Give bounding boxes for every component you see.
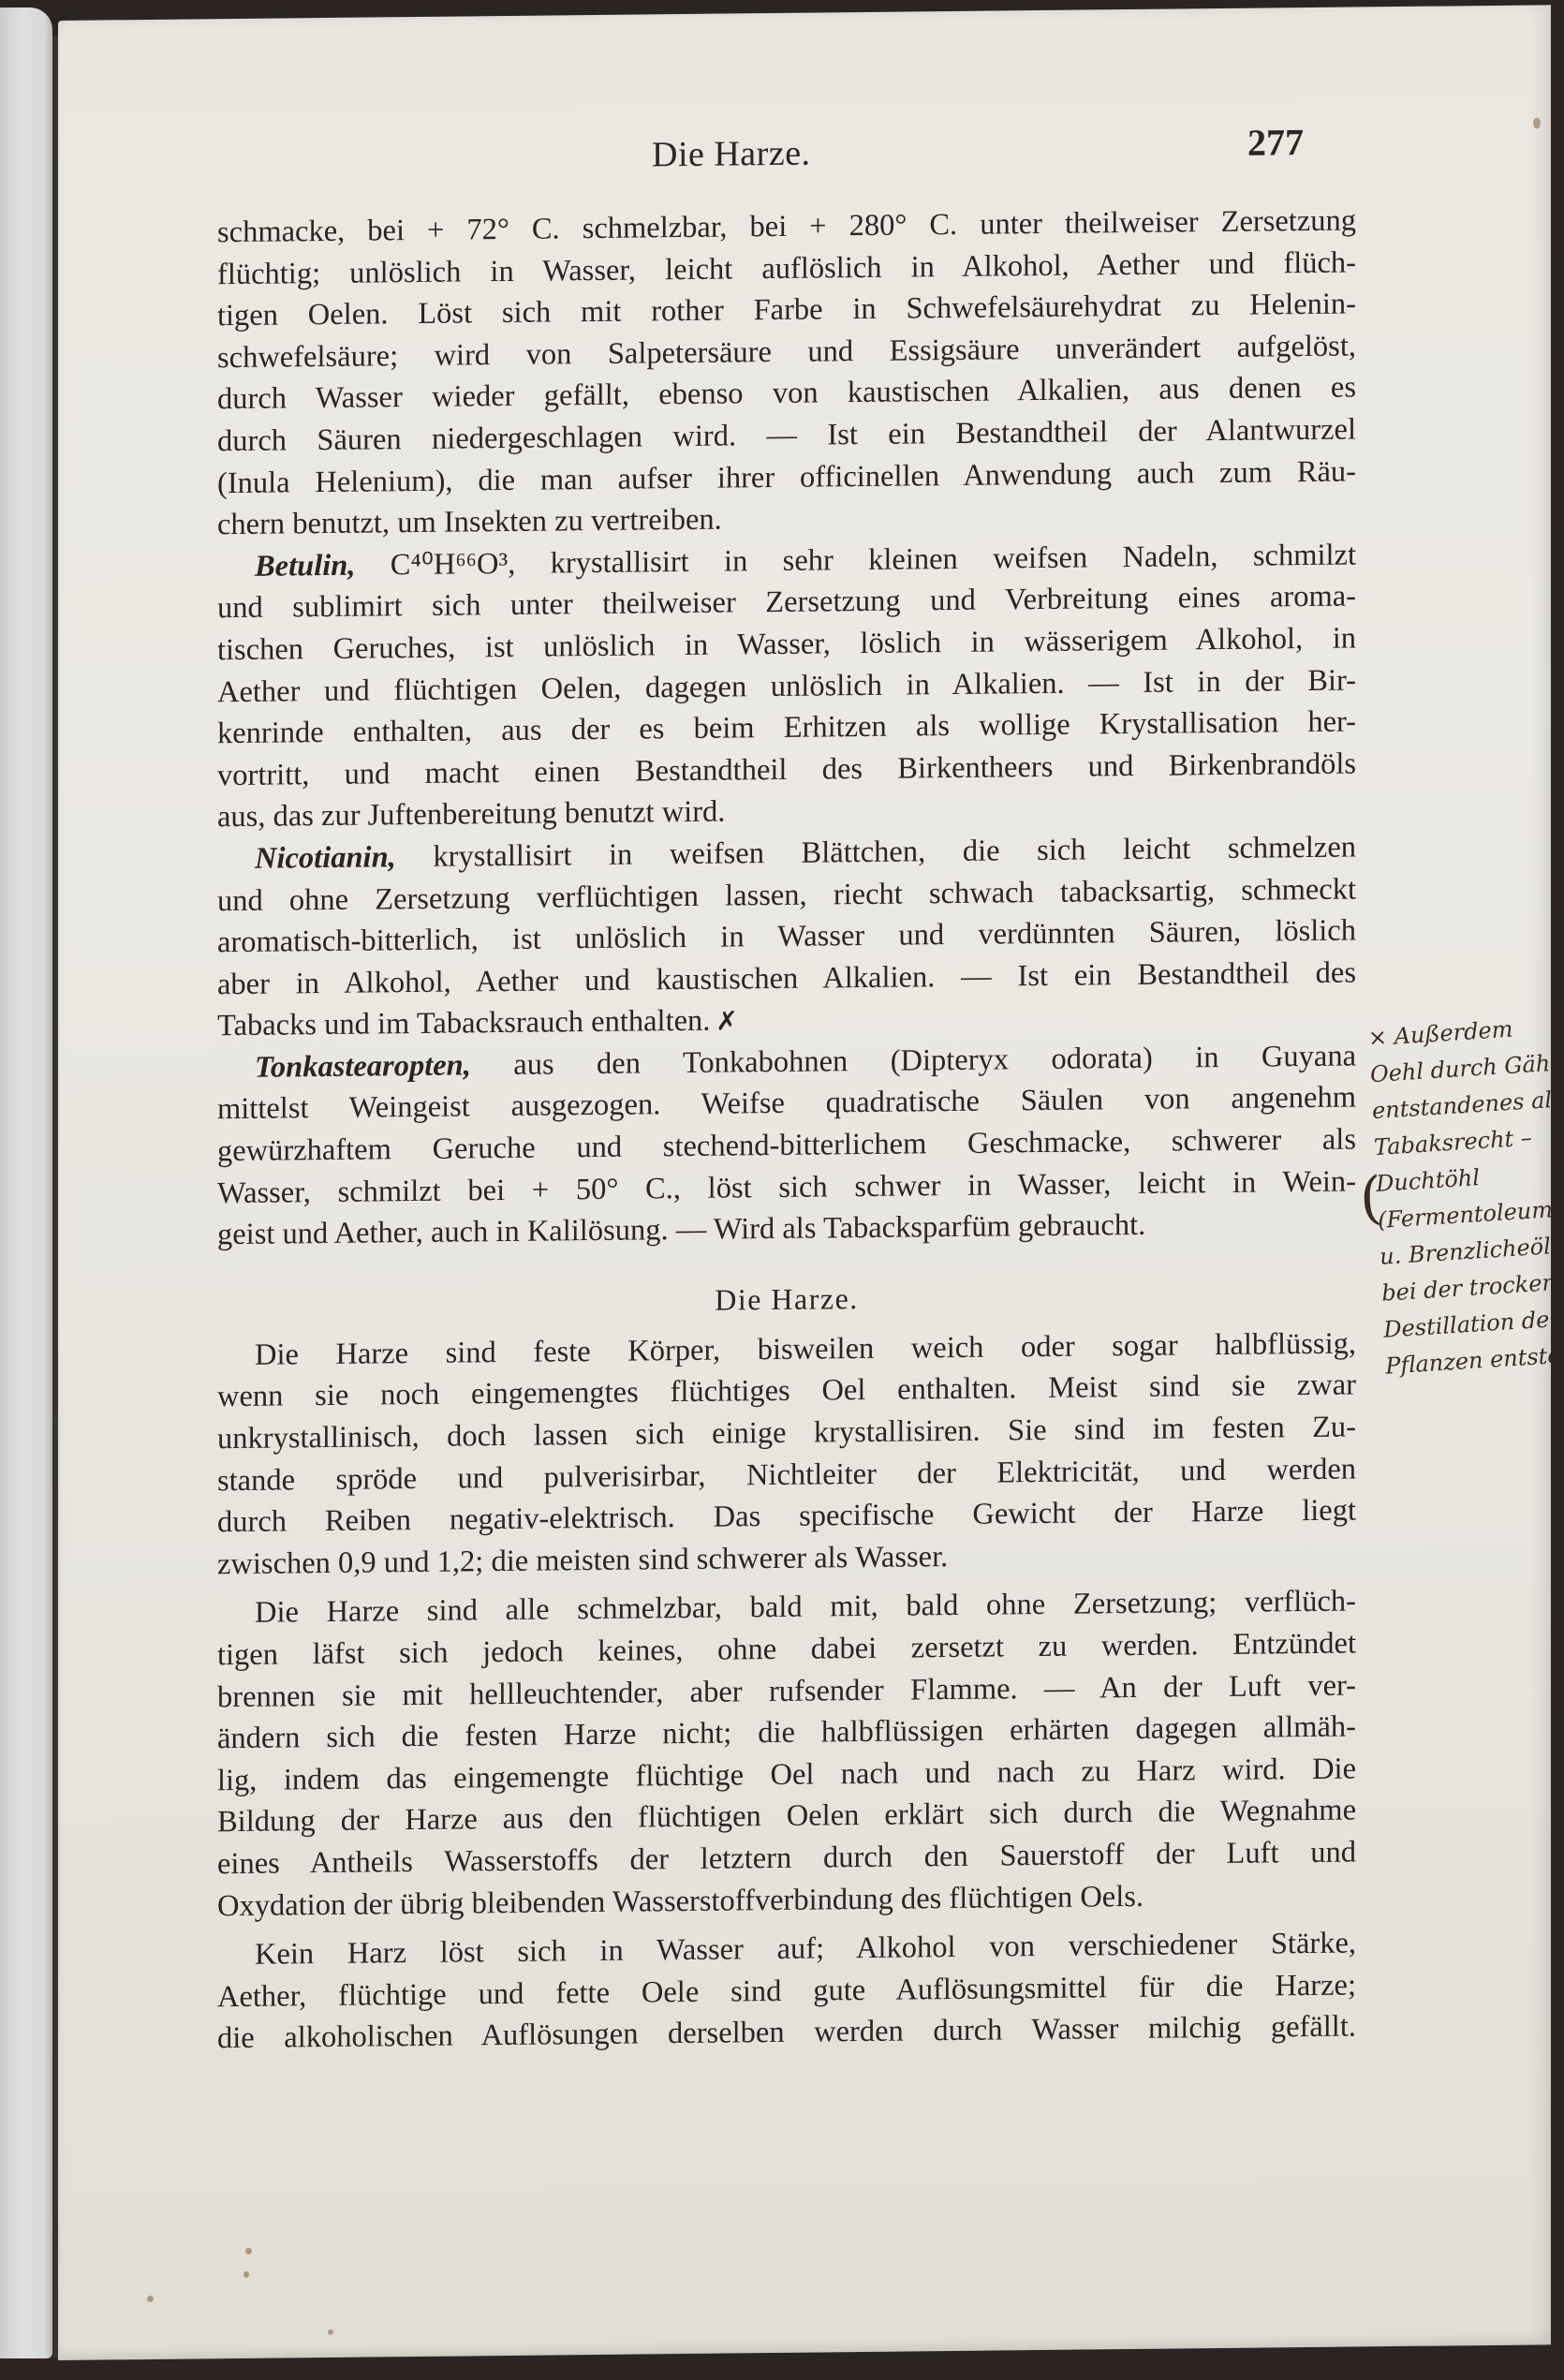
- previous-page-edge: [0, 7, 52, 2358]
- text-span: C⁴⁰H⁶⁶O³, krystallisirt in sehr kleinen …: [355, 538, 1356, 582]
- term-tonkastearopten: Tonkastearopten,: [255, 1048, 471, 1084]
- text-span: krystallisirt in weifsen Blättchen, die …: [396, 830, 1356, 874]
- scanned-book-page: Die Harze. 277 schmacke, bei + 72° C. sc…: [0, 0, 1564, 2380]
- running-title: Die Harze.: [652, 133, 811, 176]
- handwritten-marginal-note: ( × Außerdem Oehl durch Gährung entstand…: [1367, 1006, 1564, 1385]
- page-number: 277: [1247, 120, 1304, 165]
- annotation-cross-icon: ✗: [716, 1006, 737, 1037]
- running-header: Die Harze. 277: [58, 125, 1551, 197]
- paragraph-harze-melting: Die Harze sind alle schmelzbar, bald mit…: [217, 1581, 1356, 1927]
- body-text: schmacke, bei + 72° C. schmelzbar, bei +…: [217, 200, 1356, 2060]
- book-page: Die Harze. 277 schmacke, bei + 72° C. sc…: [58, 5, 1551, 2360]
- handwritten-bracket: (: [1358, 1170, 1383, 1227]
- paragraph-harze-solubility: Kein Harz löst sich in Wasser auf; Alkoh…: [217, 1923, 1356, 2061]
- foxing-spot: [245, 2248, 252, 2254]
- book-edge-right: [1551, 0, 1564, 2380]
- foxing-spot: [328, 2329, 333, 2335]
- paragraph-tonkastearopten: Tonkastearopten, aus den Tonkabohnen (Di…: [217, 1035, 1356, 1256]
- term-betulin: Betulin,: [255, 548, 355, 583]
- paragraph-harze-properties: Die Harze sind feste Körper, bisweilen w…: [217, 1323, 1356, 1585]
- foxing-spot: [147, 2296, 154, 2302]
- foxing-spot: [243, 2271, 249, 2278]
- paragraph-helenin-continuation: schmacke, bei + 72° C. schmelzbar, bei +…: [217, 200, 1356, 545]
- text-span: aus den Tonkabohnen (Dipteryx odorata) i…: [471, 1039, 1356, 1082]
- section-heading: Die Harze.: [217, 1244, 1356, 1335]
- foxing-spot: [1533, 117, 1541, 128]
- paragraph-nicotianin: Nicotianin, krystallisirt in weifsen Blä…: [217, 826, 1356, 1047]
- paragraph-betulin: Betulin, C⁴⁰H⁶⁶O³, krystallisirt in sehr…: [217, 534, 1356, 838]
- text-span: Tabacks und im Tabacksrauch enthalten.: [217, 1004, 710, 1043]
- term-nicotianin: Nicotianin,: [255, 840, 396, 876]
